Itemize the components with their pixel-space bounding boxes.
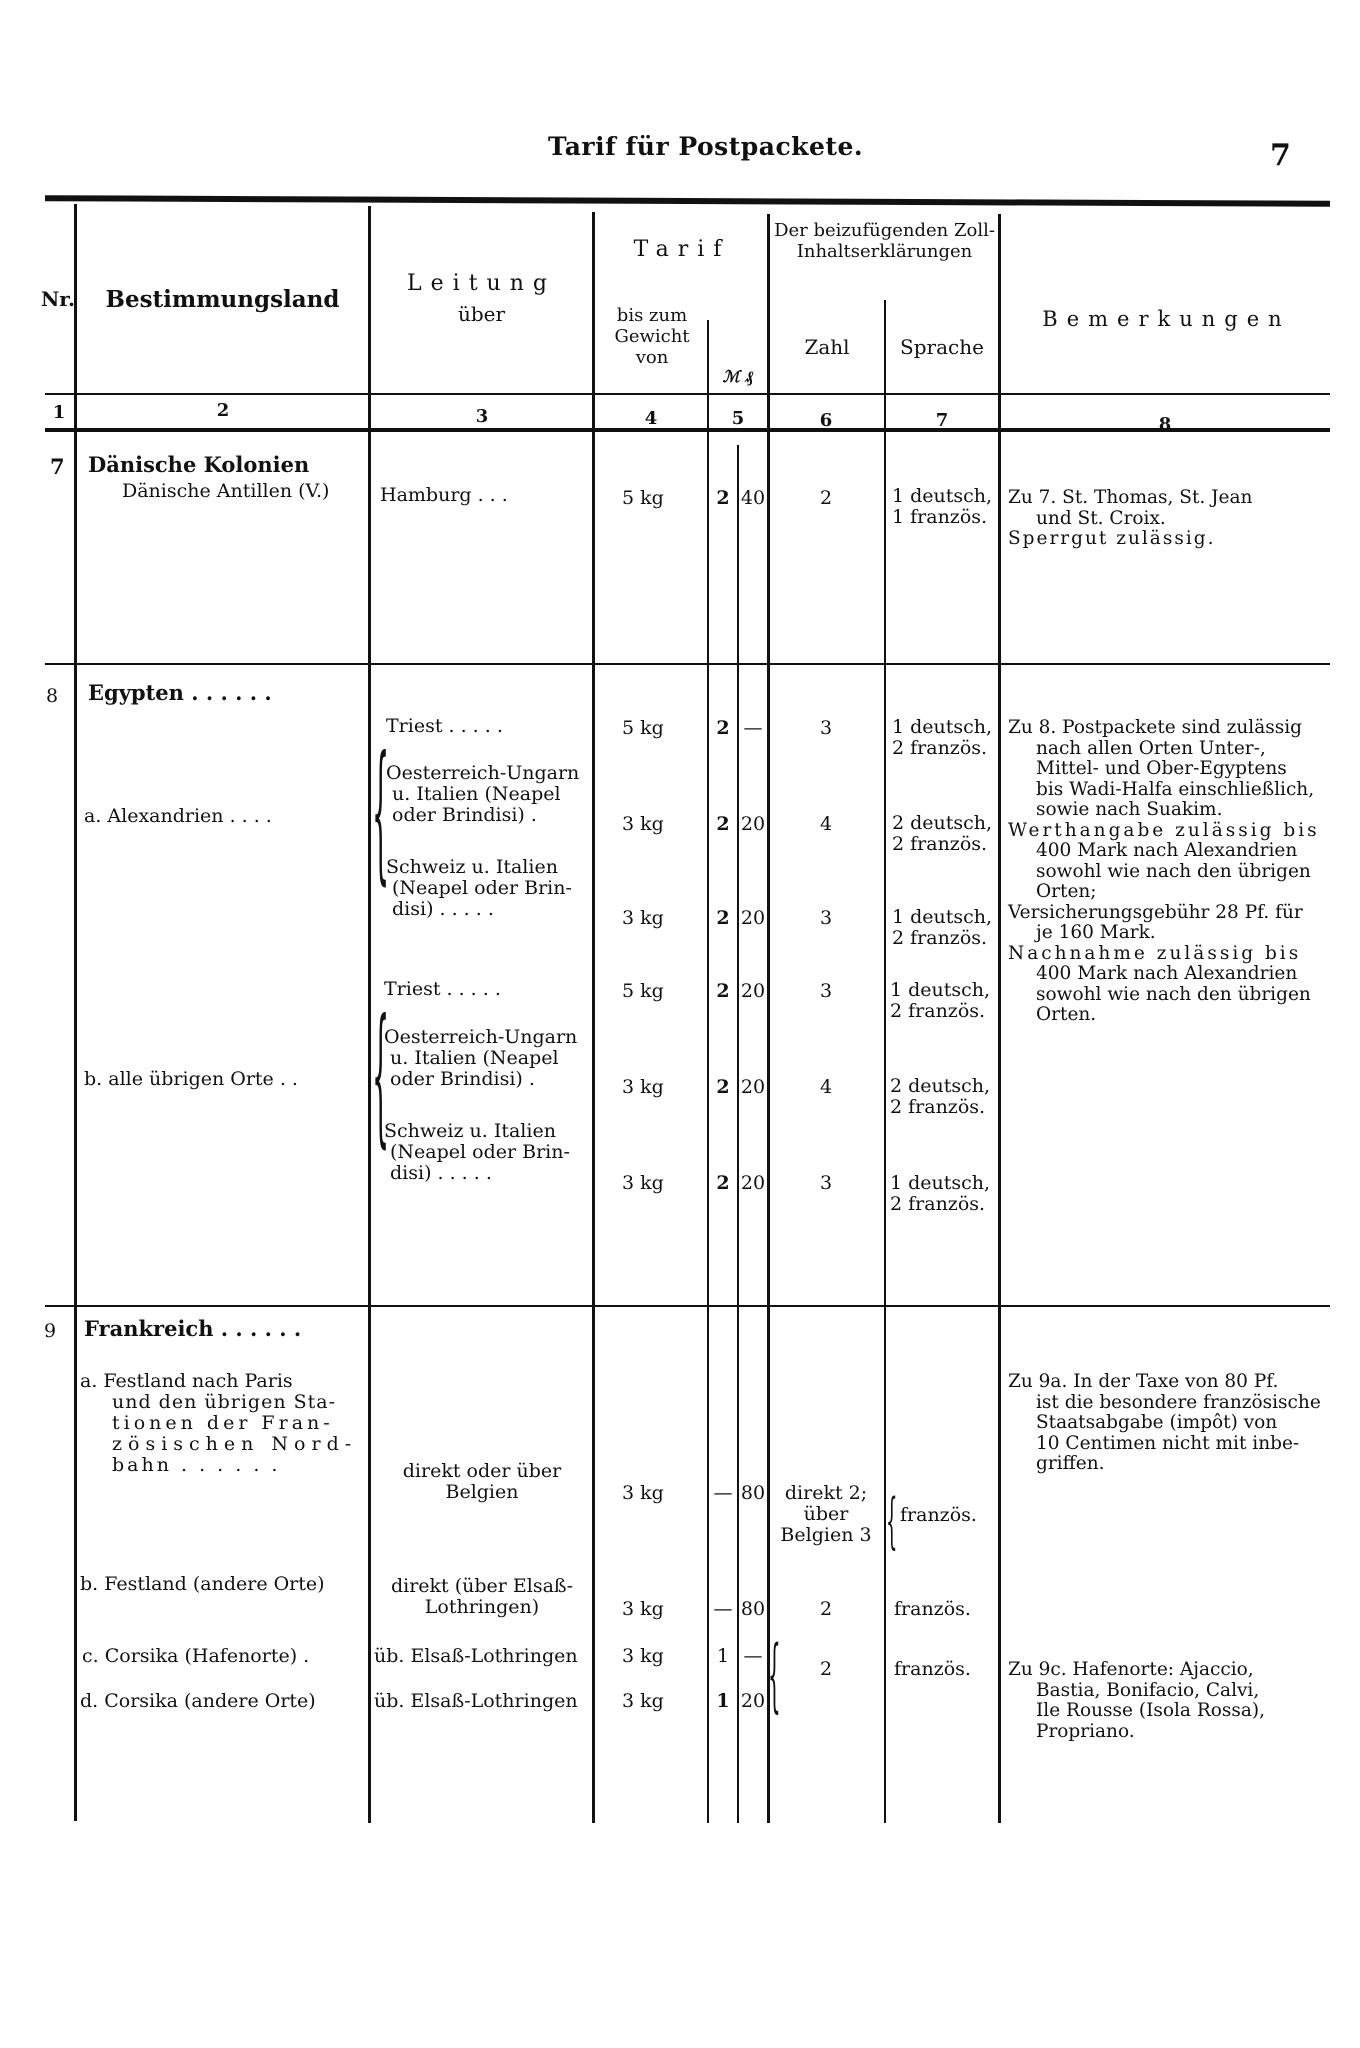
remark-9c: Zu 9c. Hafenorte: Ajaccio, Bastia, Bonif…	[1008, 1660, 1338, 1742]
price-pf: 20	[739, 1690, 767, 1712]
weight: 5 kg	[622, 980, 664, 1002]
route: Oesterreich-Ungarn	[384, 1026, 577, 1048]
decl-count: Belgien 3	[770, 1524, 882, 1546]
row-nr: 9	[44, 1320, 56, 1342]
price-pf: —	[739, 1645, 767, 1667]
remark-9a: Zu 9a. In der Taxe von 80 Pf. ist die be…	[1008, 1372, 1338, 1475]
decl-language-1: 1 deutsch,	[890, 979, 990, 1001]
remark-line: Orten;	[1008, 882, 1338, 903]
top-rule	[45, 195, 1330, 207]
country-name: Dänische Kolonien	[88, 454, 309, 476]
route: Lothringen)	[372, 1596, 592, 1618]
subgroup-label: a. Festland nach Paris	[80, 1370, 293, 1392]
route: Triest . . . . .	[384, 978, 501, 1000]
route: oder Brindisi) .	[392, 804, 537, 826]
remark-line: und St. Croix.	[1008, 509, 1338, 530]
route: disi) . . . . .	[390, 1162, 492, 1184]
decl-language-1: 1 deutsch,	[892, 906, 992, 928]
weight: 5 kg	[622, 487, 664, 509]
col-line-3	[592, 212, 595, 1823]
weight: 3 kg	[622, 1598, 664, 1620]
subgroup-label: b. Festland (andere Orte)	[80, 1573, 325, 1595]
remark-line: 400 Mark nach Alexandrien	[1008, 841, 1338, 862]
route: direkt oder über	[372, 1460, 592, 1482]
decl-language-1: 2 deutsch,	[890, 1075, 990, 1097]
price-mark: 2	[709, 907, 737, 929]
remark-line: ist die besondere französische	[1008, 1393, 1338, 1414]
price-mark: 2	[709, 1076, 737, 1098]
route: disi) . . . . .	[392, 898, 494, 920]
route: Hamburg . . .	[380, 484, 508, 506]
subgroup-label: tionen der Fran-	[112, 1412, 334, 1434]
price-mark: 2	[709, 980, 737, 1002]
brace-icon: {	[886, 1486, 897, 1556]
decl-language-1: 1 deutsch,	[892, 716, 992, 738]
country-name: Egypten . . . . . .	[88, 682, 272, 704]
route: Triest . . . . .	[386, 715, 503, 737]
remark-line: Zu 7. St. Thomas, St. Jean	[1008, 488, 1338, 509]
colnum-4: 4	[596, 408, 706, 429]
route: direkt (über Elsaß-	[372, 1575, 592, 1597]
decl-language-2: 2 französ.	[892, 927, 987, 949]
price-pf: 80	[739, 1482, 767, 1504]
remark-line: Zu 9a. In der Taxe von 80 Pf.	[1008, 1372, 1338, 1393]
decl-language-2: 2 französ.	[890, 1000, 985, 1022]
col-line-1	[74, 204, 77, 1821]
weight: 5 kg	[622, 717, 664, 739]
remark-line: Werthangabe zulässig bis	[1008, 821, 1338, 842]
route: Schweiz u. Italien	[384, 1120, 556, 1142]
remark-line: Ile Rousse (Isola Rossa),	[1008, 1701, 1338, 1722]
row-nr: 8	[46, 685, 58, 707]
price-pf: 20	[739, 1172, 767, 1194]
colnum-3: 3	[372, 406, 592, 427]
remark-line: Nachnahme zulässig bis	[1008, 944, 1338, 965]
colnum-5: 5	[710, 408, 766, 429]
decl-language-2: 1 französ.	[892, 506, 987, 528]
route: (Neapel oder Brin-	[392, 877, 572, 899]
remark-line: Zu 8. Postpackete sind zulässig	[1008, 718, 1338, 739]
header-tarif-betrag: ℳ ₰	[710, 365, 766, 388]
decl-count: 3	[770, 717, 882, 739]
decl-count: 3	[770, 907, 882, 929]
route: (Neapel oder Brin-	[390, 1141, 570, 1163]
remark-line: 400 Mark nach Alexandrien	[1008, 964, 1338, 985]
decl-count: 2	[770, 1598, 882, 1620]
header-tarif: Tarif	[598, 238, 766, 261]
header-zoll: Der beizufügenden Zoll-Inhaltserklärunge…	[772, 220, 997, 262]
weight: 3 kg	[622, 1690, 664, 1712]
decl-language: französ.	[894, 1598, 971, 1620]
route: üb. Elsaß-Lothringen	[374, 1690, 578, 1712]
weight: 3 kg	[622, 1172, 664, 1194]
weight: 3 kg	[622, 1076, 664, 1098]
price-pf: 80	[739, 1598, 767, 1620]
page-number: 7	[1270, 138, 1291, 173]
remark-line: Sperrgut zulässig.	[1008, 529, 1338, 550]
price-pf: 20	[739, 980, 767, 1002]
remark-line: Mittel- und Ober-Egyptens	[1008, 759, 1338, 780]
decl-language-1: 1 deutsch,	[890, 1172, 990, 1194]
brace-icon: {	[372, 975, 389, 1175]
decl-language: französ.	[894, 1658, 971, 1680]
col-line-5	[767, 214, 770, 1823]
decl-count: 2	[770, 487, 882, 509]
row-divider-8	[45, 1305, 1330, 1307]
col-line-2	[368, 206, 371, 1823]
remark-line: Bastia, Bonifacio, Calvi,	[1008, 1681, 1338, 1702]
colnum-8: 8	[1000, 414, 1330, 435]
row-divider-7	[45, 663, 1330, 665]
remark-line: Propriano.	[1008, 1722, 1338, 1743]
col-line-6	[884, 300, 886, 1823]
subgroup-label: bahn . . . . . .	[112, 1454, 280, 1476]
weight: 3 kg	[622, 813, 664, 835]
colnum-6: 6	[770, 410, 882, 431]
price-pf: —	[739, 717, 767, 739]
weight: 3 kg	[622, 1645, 664, 1667]
decl-count: 2	[770, 1658, 882, 1680]
decl-language-2: 2 französ.	[892, 833, 987, 855]
route: üb. Elsaß-Lothringen	[374, 1645, 578, 1667]
header-tarif-gewicht: bis zum Gewicht von	[598, 305, 706, 368]
decl-count: 3	[770, 980, 882, 1002]
price-pf: 20	[739, 1076, 767, 1098]
remark-line: bis Wadi-Halfa einschließlich,	[1008, 780, 1338, 801]
remark-line: Versicherungsgebühr 28 Pf. für	[1008, 903, 1338, 924]
decl-language: französ.	[900, 1504, 977, 1526]
price-mark: 2	[709, 487, 737, 509]
remark-line: 10 Centimen nicht mit inbe-	[1008, 1434, 1338, 1455]
decl-count: 3	[770, 1172, 882, 1194]
remark-line: Orten.	[1008, 1005, 1338, 1026]
decl-language-2: 2 französ.	[890, 1193, 985, 1215]
remark-line: Staatsabgabe (impôt) von	[1008, 1413, 1338, 1434]
price-mark: 2	[709, 1172, 737, 1194]
decl-language-2: 2 französ.	[892, 737, 987, 759]
remark: Zu 7. St. Thomas, St. Jean und St. Croix…	[1008, 488, 1338, 550]
decl-language-1: 2 deutsch,	[892, 812, 992, 834]
route: u. Italien (Neapel	[392, 783, 561, 805]
subgroup-label: zösischen Nord-	[112, 1433, 357, 1455]
subgroup-label: c. Corsika (Hafenorte) .	[82, 1645, 309, 1667]
running-title: Tarif für Postpackete.	[548, 132, 863, 161]
remark-line: sowohl wie nach den übrigen	[1008, 985, 1338, 1006]
colnum-1: 1	[44, 402, 74, 423]
decl-count: über	[770, 1503, 882, 1525]
price-mark: 2	[709, 813, 737, 835]
remark-line: Zu 9c. Hafenorte: Ajaccio,	[1008, 1660, 1338, 1681]
header-rule	[45, 393, 1330, 395]
route: oder Brindisi) .	[390, 1068, 535, 1090]
price-mark: —	[709, 1598, 737, 1620]
subgroup-label: a. Alexandrien . . . .	[84, 805, 272, 827]
remark: Zu 8. Postpackete sind zulässig nach all…	[1008, 718, 1338, 1026]
header-sprache: Sprache	[887, 336, 997, 359]
decl-language-2: 2 französ.	[890, 1096, 985, 1118]
price-pf: 20	[739, 813, 767, 835]
subgroup-label: d. Corsika (andere Orte)	[80, 1690, 316, 1712]
subgroup-label: und den übrigen Sta-	[112, 1391, 336, 1413]
decl-count: 4	[770, 813, 882, 835]
country-name: Frankreich . . . . . .	[84, 1318, 301, 1340]
decl-count: 4	[770, 1076, 882, 1098]
weight: 3 kg	[622, 907, 664, 929]
header-bemerkungen: Bemerkungen	[1004, 308, 1329, 331]
remark-line: griffen.	[1008, 1454, 1338, 1475]
header-nr: Nr.	[40, 288, 76, 311]
weight: 3 kg	[622, 1482, 664, 1504]
decl-count: direkt 2;	[770, 1482, 882, 1504]
route: Oesterreich-Ungarn	[386, 762, 579, 784]
brace-icon: {	[372, 712, 389, 912]
header-bestimmungsland: Bestimmungsland	[80, 288, 365, 311]
route: Belgien	[372, 1481, 592, 1503]
header-leitung-sub: über	[374, 303, 589, 326]
header-zahl: Zahl	[772, 336, 882, 359]
colnum-7: 7	[886, 410, 998, 431]
sub-destination: Dänische Antillen (V.)	[122, 480, 329, 502]
col-line-7	[998, 214, 1001, 1823]
remark-line: je 160 Mark.	[1008, 923, 1338, 944]
subgroup-label: b. alle übrigen Orte . .	[84, 1068, 298, 1090]
decl-language-1: 1 deutsch,	[892, 485, 992, 507]
remark-line: sowie nach Suakim.	[1008, 800, 1338, 821]
header-leitung: Leitung	[374, 272, 589, 295]
price-pf: 40	[739, 487, 767, 509]
remark-line: nach allen Orten Unter-,	[1008, 739, 1338, 760]
price-mark: —	[709, 1482, 737, 1504]
route: Schweiz u. Italien	[386, 856, 558, 878]
route: u. Italien (Neapel	[390, 1047, 559, 1069]
price-pf: 20	[739, 907, 767, 929]
price-mark: 1	[709, 1645, 737, 1667]
row-nr: 7	[50, 456, 65, 478]
colnum-2: 2	[78, 400, 368, 421]
remark-line: sowohl wie nach den übrigen	[1008, 862, 1338, 883]
price-mark: 1	[709, 1690, 737, 1712]
price-mark: 2	[709, 717, 737, 739]
